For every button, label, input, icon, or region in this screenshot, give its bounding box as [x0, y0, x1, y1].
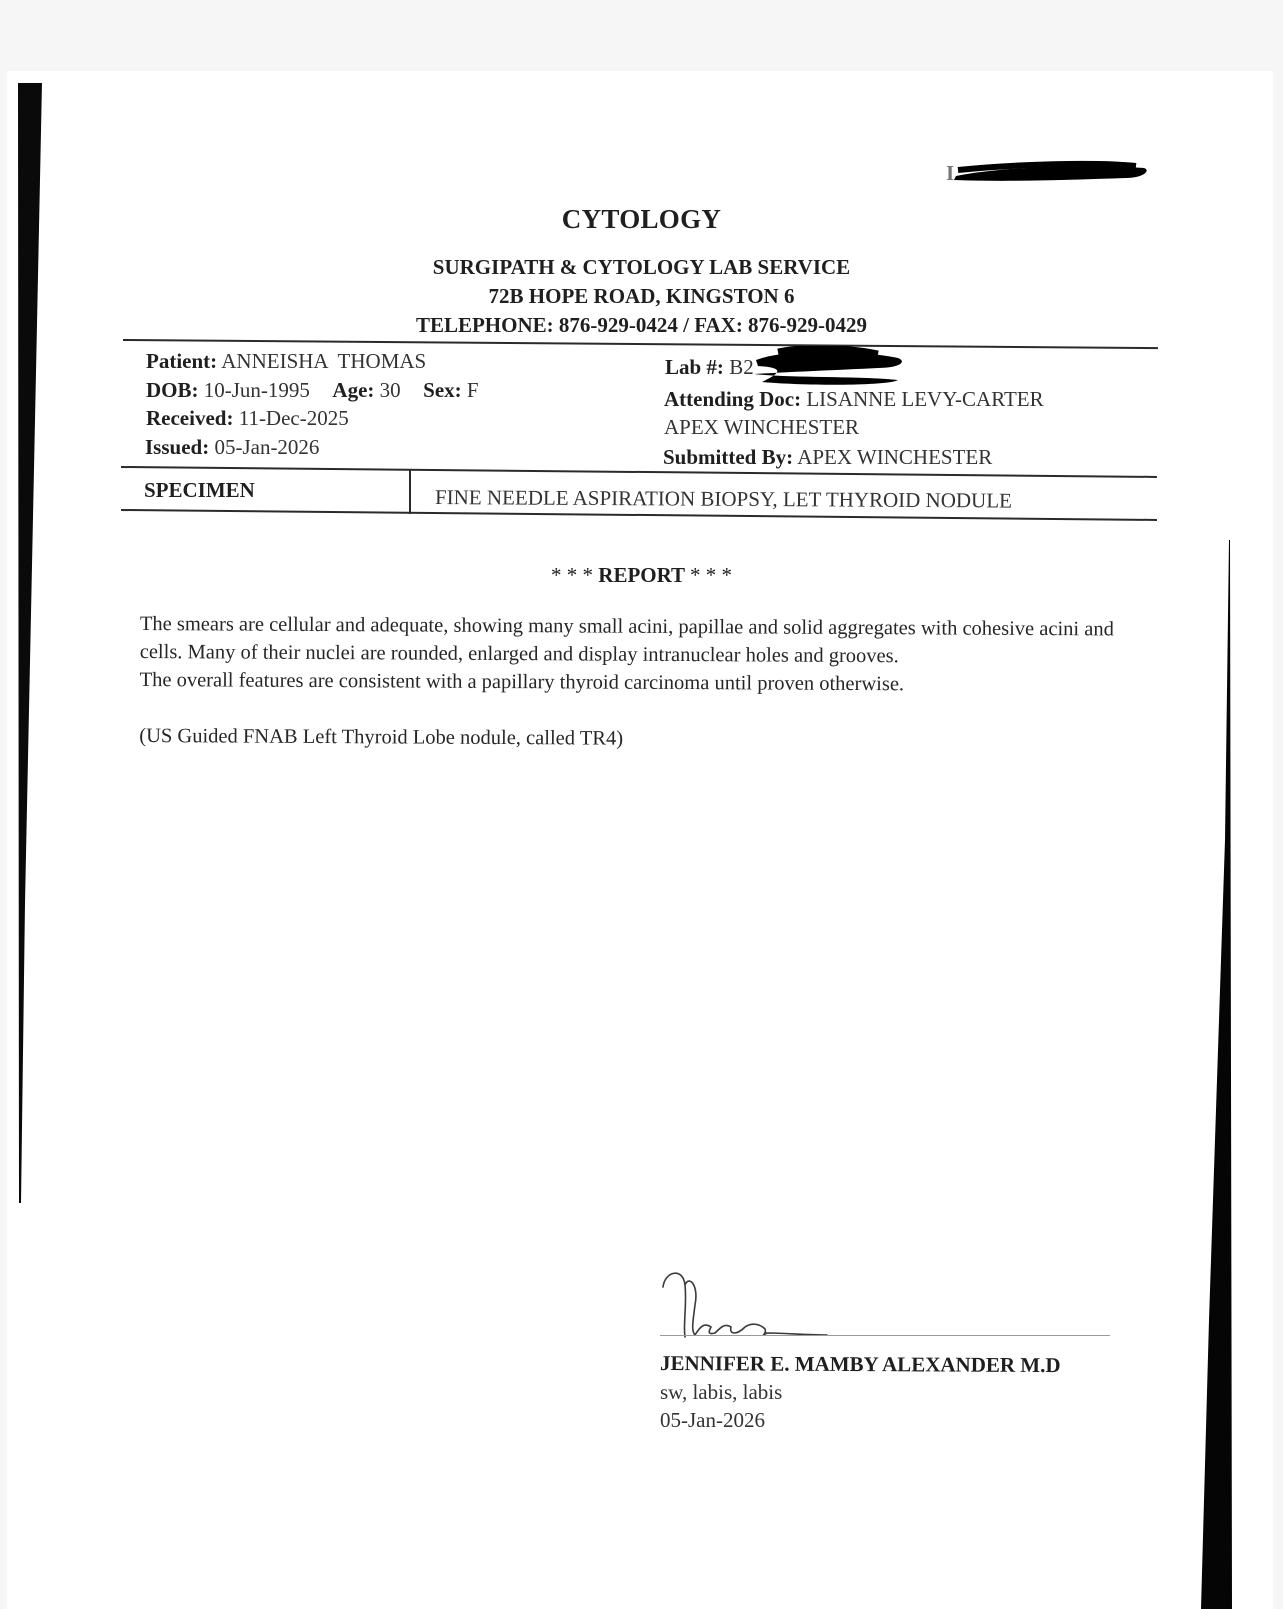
- specimen-column-divider: [409, 470, 411, 514]
- age-value: 30: [380, 378, 401, 402]
- specimen-value: FINE NEEDLE ASPIRATION BIOPSY, LET THYRO…: [435, 485, 1012, 514]
- age-label: Age:: [332, 378, 374, 402]
- report-conclusion: The overall features are consistent with…: [140, 666, 1130, 700]
- report-note: (US Guided FNAB Left Thyroid Lobe nodule…: [139, 722, 1129, 756]
- report-heading-text: REPORT: [598, 563, 684, 587]
- patient-label: Patient:: [146, 349, 217, 373]
- signer-name: JENNIFER E. MAMBY ALEXANDER M.D: [660, 1351, 1061, 1378]
- report-heading: * * * REPORT * * *: [0, 563, 1283, 588]
- submitted-by-field: Submitted By: APEX WINCHESTER: [663, 445, 992, 470]
- attending-doc-value: LISANNE LEVY-CARTER: [806, 387, 1043, 411]
- received-date: 11-Dec-2025: [239, 406, 349, 430]
- redacted-id-prefix: I: [946, 161, 954, 185]
- patient-name-field: Patient: ANNEISHA THOMAS: [146, 349, 426, 374]
- lab-number-field: Lab #: B2: [665, 355, 754, 380]
- report-body: The smears are cellular and adequate, sh…: [139, 610, 1130, 756]
- sex-value: F: [467, 378, 479, 402]
- signer-credentials: sw, labis, labis: [660, 1380, 782, 1405]
- report-findings: The smears are cellular and adequate, sh…: [140, 610, 1130, 672]
- submitted-by-label: Submitted By:: [663, 445, 793, 469]
- attending-doc-facility: APEX WINCHESTER: [664, 415, 859, 439]
- lab-name: SURGIPATH & CYTOLOGY LAB SERVICE: [0, 255, 1283, 280]
- attending-doc-field: Attending Doc: LISANNE LEVY-CARTER: [664, 387, 1044, 412]
- signature-line: [660, 1335, 1110, 1336]
- heading-stars-right: * * *: [690, 563, 732, 587]
- report-title: CYTOLOGY: [0, 204, 1283, 235]
- dob-value: 10-Jun-1995: [204, 378, 310, 402]
- lab-address: 72B HOPE ROAD, KINGSTON 6: [0, 284, 1283, 309]
- dob-label: DOB:: [146, 378, 199, 402]
- lab-number-redaction: [748, 346, 908, 393]
- issued-field: Issued: 05-Jan-2026: [145, 435, 319, 460]
- issued-date: 05-Jan-2026: [214, 435, 319, 459]
- scan-shadow-right: [1195, 540, 1235, 1609]
- handwritten-signature: [655, 1265, 835, 1350]
- received-field: Received: 11-Dec-2025: [146, 406, 349, 431]
- attending-doc-line2: APEX WINCHESTER: [664, 415, 859, 440]
- demographics-field: DOB: 10-Jun-1995 Age: 30 Sex: F: [146, 378, 479, 403]
- issued-label: Issued:: [145, 435, 209, 459]
- heading-stars-left: * * *: [551, 563, 593, 587]
- signature-date: 05-Jan-2026: [660, 1408, 765, 1433]
- lab-number-label: Lab #:: [665, 355, 724, 379]
- redacted-document-id: I: [946, 158, 1151, 193]
- submitted-by-value: APEX WINCHESTER: [797, 445, 992, 469]
- received-label: Received:: [146, 406, 233, 430]
- attending-doc-label: Attending Doc:: [664, 387, 801, 411]
- lab-phone-fax: TELEPHONE: 876-929-0424 / FAX: 876-929-0…: [0, 313, 1283, 338]
- specimen-label: SPECIMEN: [144, 478, 255, 503]
- patient-name: ANNEISHA THOMAS: [221, 349, 426, 373]
- sex-label: Sex:: [423, 378, 462, 402]
